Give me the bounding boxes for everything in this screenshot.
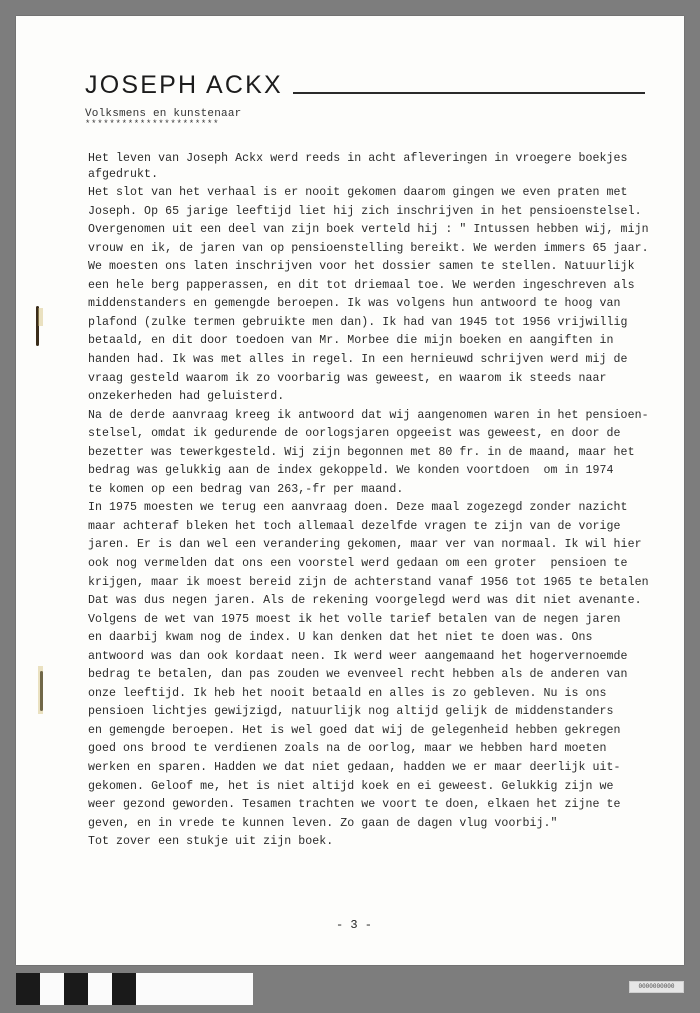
text-line: Na de derde aanvraag kreeg ik antwoord d… [88,407,668,426]
text-line: Volgens de wet van 1975 moest ik het vol… [88,611,668,630]
article-header: JOSEPH ACKX Volksmens en kunstenaar ****… [85,72,645,129]
calibration-block-white [136,973,253,1005]
scan-calibration-strip [16,973,253,1005]
text-line: betaald, en dit door toedoen van Mr. Mor… [88,332,668,351]
text-line: en daarbij kwam nog de index. U kan denk… [88,629,668,648]
text-line: handen had. Ik was met alles in regel. I… [88,351,668,370]
text-line: vrouw en ik, de jaren van op pensioenste… [88,240,668,259]
article-body: Het leven van Joseph Ackx werd reeds in … [88,153,668,852]
calibration-block-black [112,973,136,1005]
text-line: bedrag te betalen, dan pas zouden we eve… [88,666,668,685]
text-line: In 1975 moesten we terug een aanvraag do… [88,499,668,518]
text-line: Overgenomen uit een deel van zijn boek v… [88,221,668,240]
calibration-block-black [16,973,40,1005]
title-rule [293,92,645,94]
text-line: Dat was dus negen jaren. Als de rekening… [88,592,668,611]
text-line: We moesten ons laten inschrijven voor he… [88,258,668,277]
text-line: vraag gesteld waarom ik zo voorbarig was… [88,370,668,389]
text-line: werken en sparen. Hadden we dat niet ged… [88,759,668,778]
calibration-block-white [88,973,112,1005]
text-line: maar achteraf bleken het toch allemaal d… [88,518,668,537]
text-line: jaren. Er is dan wel een verandering gek… [88,536,668,555]
text-line: een hele berg papperassen, en dit tot dr… [88,277,668,296]
text-line: geven, en in vrede te kunnen leven. Zo g… [88,815,668,834]
text-line: goed ons brood te verdienen zoals na de … [88,740,668,759]
text-line: Het leven van Joseph Ackx werd reeds in … [88,153,668,166]
text-line: ook nog vermelden dat ons een voorstel w… [88,555,668,574]
text-line: middenstanders en gemengde beroepen. Ik … [88,295,668,314]
text-line: plafond (zulke termen gebruikte men dan)… [88,314,668,333]
text-line: gekomen. Geloof me, het is niet altijd k… [88,778,668,797]
rust-stain [38,666,43,714]
text-line: weer gezond geworden. Tesamen trachten w… [88,796,668,815]
text-line: Tot zover een stukje uit zijn boek. [88,833,668,852]
calibration-block-white [40,973,64,1005]
text-line: onze leeftijd. Ik heb het nooit betaald … [88,685,668,704]
subtitle-underline: ********************** [85,119,645,129]
text-line: Joseph. Op 65 jarige leeftijd liet hij z… [88,203,668,222]
page-number: - 3 - [0,918,700,932]
calibration-block-black [64,973,88,1005]
text-line: bezetter was tewerkgesteld. Wij zijn beg… [88,444,668,463]
text-line: te komen op een bedrag van 263,-fr per m… [88,481,668,500]
text-line: pensioen lichtjes gewijzigd, natuurlijk … [88,703,668,722]
text-line: antwoord was dan ook kordaat neen. Ik we… [88,648,668,667]
text-line: onzekerheden had geluisterd. [88,388,668,407]
article-title: JOSEPH ACKX [85,72,283,98]
scan-id-label: 0000000000 [629,981,684,993]
text-line: stelsel, omdat ik gedurende de oorlogsja… [88,425,668,444]
text-line: Het slot van het verhaal is er nooit gek… [88,184,668,203]
text-line: krijgen, maar ik moest bereid zijn de ac… [88,574,668,593]
text-line: bedrag was gelukkig aan de index gekoppe… [88,462,668,481]
text-line: en gemengde beroepen. Het is wel goed da… [88,722,668,741]
text-line: afgedrukt. [88,166,668,185]
title-row: JOSEPH ACKX [85,72,645,98]
rust-stain [38,308,43,326]
